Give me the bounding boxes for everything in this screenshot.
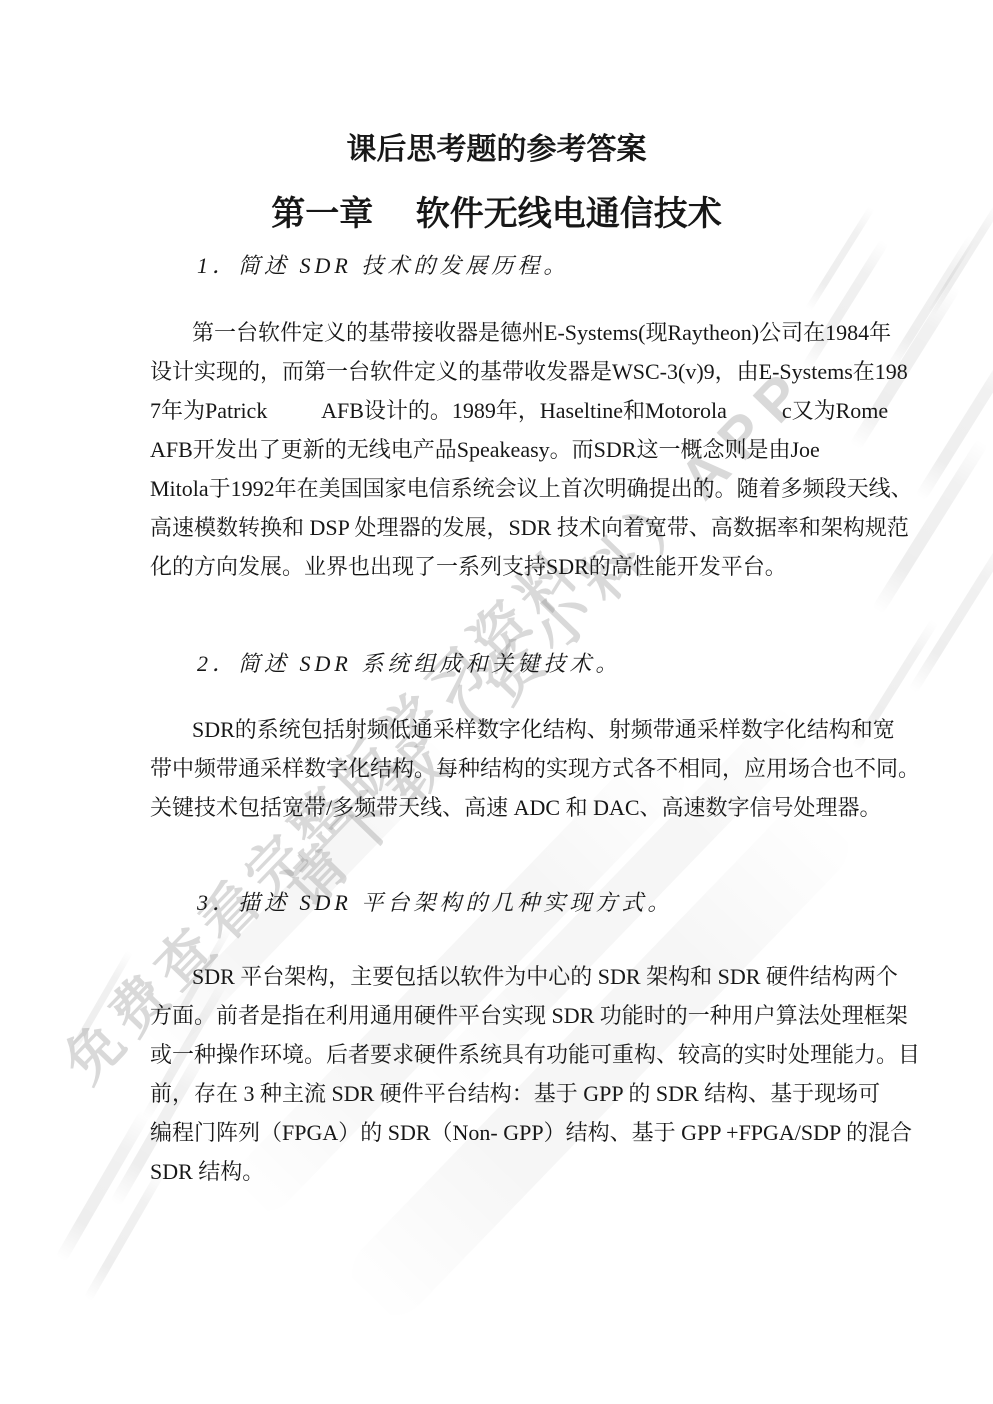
document-page: 免费查看完整版学习资料 请下载（资小料）APP 课后思考题的参考答案 第一章 软… — [0, 0, 993, 1404]
page-title: 课后思考题的参考答案 — [0, 124, 993, 168]
document-content: 课后思考题的参考答案 第一章 软件无线电通信技术 1．简述 SDR 技术的发展历… — [0, 0, 993, 1404]
answer-line: 带中频带通采样数字化结构。每种结构的实现方式各不相同，应用场合也不同。 — [150, 755, 920, 783]
answer-line: Mitola于1992年在美国国家电信系统会议上首次明确提出的。随着多频段天线、 — [150, 475, 913, 503]
answer-line: 或一种操作环境。后者要求硬件系统具有功能可重构、较高的实时处理能力。目 — [150, 1041, 920, 1069]
answer-line: AFB开发出了更新的无线电产品Speakeasy。而SDR这一概念则是由Joe — [150, 436, 820, 464]
answer-line: 方面。前者是指在利用通用硬件平台实现 SDR 功能时的一种用户算法处理框架 — [150, 1002, 908, 1030]
answer-line: SDR的系统包括射频低通采样数字化结构、射频带通采样数字化结构和宽 — [192, 716, 895, 744]
question-2: 2．简述 SDR 系统组成和关键技术。 — [197, 650, 621, 678]
question-1: 1．简述 SDR 技术的发展历程。 — [197, 252, 569, 280]
answer-line: SDR 平台架构，主要包括以软件为中心的 SDR 架构和 SDR 硬件结构两个 — [192, 963, 898, 991]
answer-line: 前，存在 3 种主流 SDR 硬件平台结构：基于 GPP 的 SDR 结构、基于… — [150, 1080, 880, 1108]
answer-line: SDR 结构。 — [150, 1158, 264, 1186]
answer-line: 高速模数转换和 DSP 处理器的发展，SDR 技术向着宽带、高数据率和架构规范 — [150, 514, 909, 542]
answer-line: 关键技术包括宽带/多频带天线、高速 ADC 和 DAC、高速数字信号处理器。 — [150, 794, 882, 822]
answer-line: 化的方向发展。业界也出现了一系列支持SDR的高性能开发平台。 — [150, 553, 787, 581]
answer-line: 第一台软件定义的基带接收器是德州E-Systems(现Raytheon)公司在1… — [192, 319, 891, 347]
question-3: 3．描述 SDR 平台架构的几种实现方式。 — [197, 889, 673, 917]
answer-line: 7年为Patrick AFB设计的。1989年，Haseltine和Motoro… — [150, 397, 888, 425]
answer-line: 设计实现的，而第一台软件定义的基带收发器是WSC-3(v)9，由E-System… — [150, 358, 908, 386]
answer-line: 编程门阵列（FPGA）的 SDR（Non- GPP）结构、基于 GPP +FPG… — [150, 1119, 912, 1147]
chapter-heading: 第一章 软件无线电通信技术 — [0, 186, 993, 235]
